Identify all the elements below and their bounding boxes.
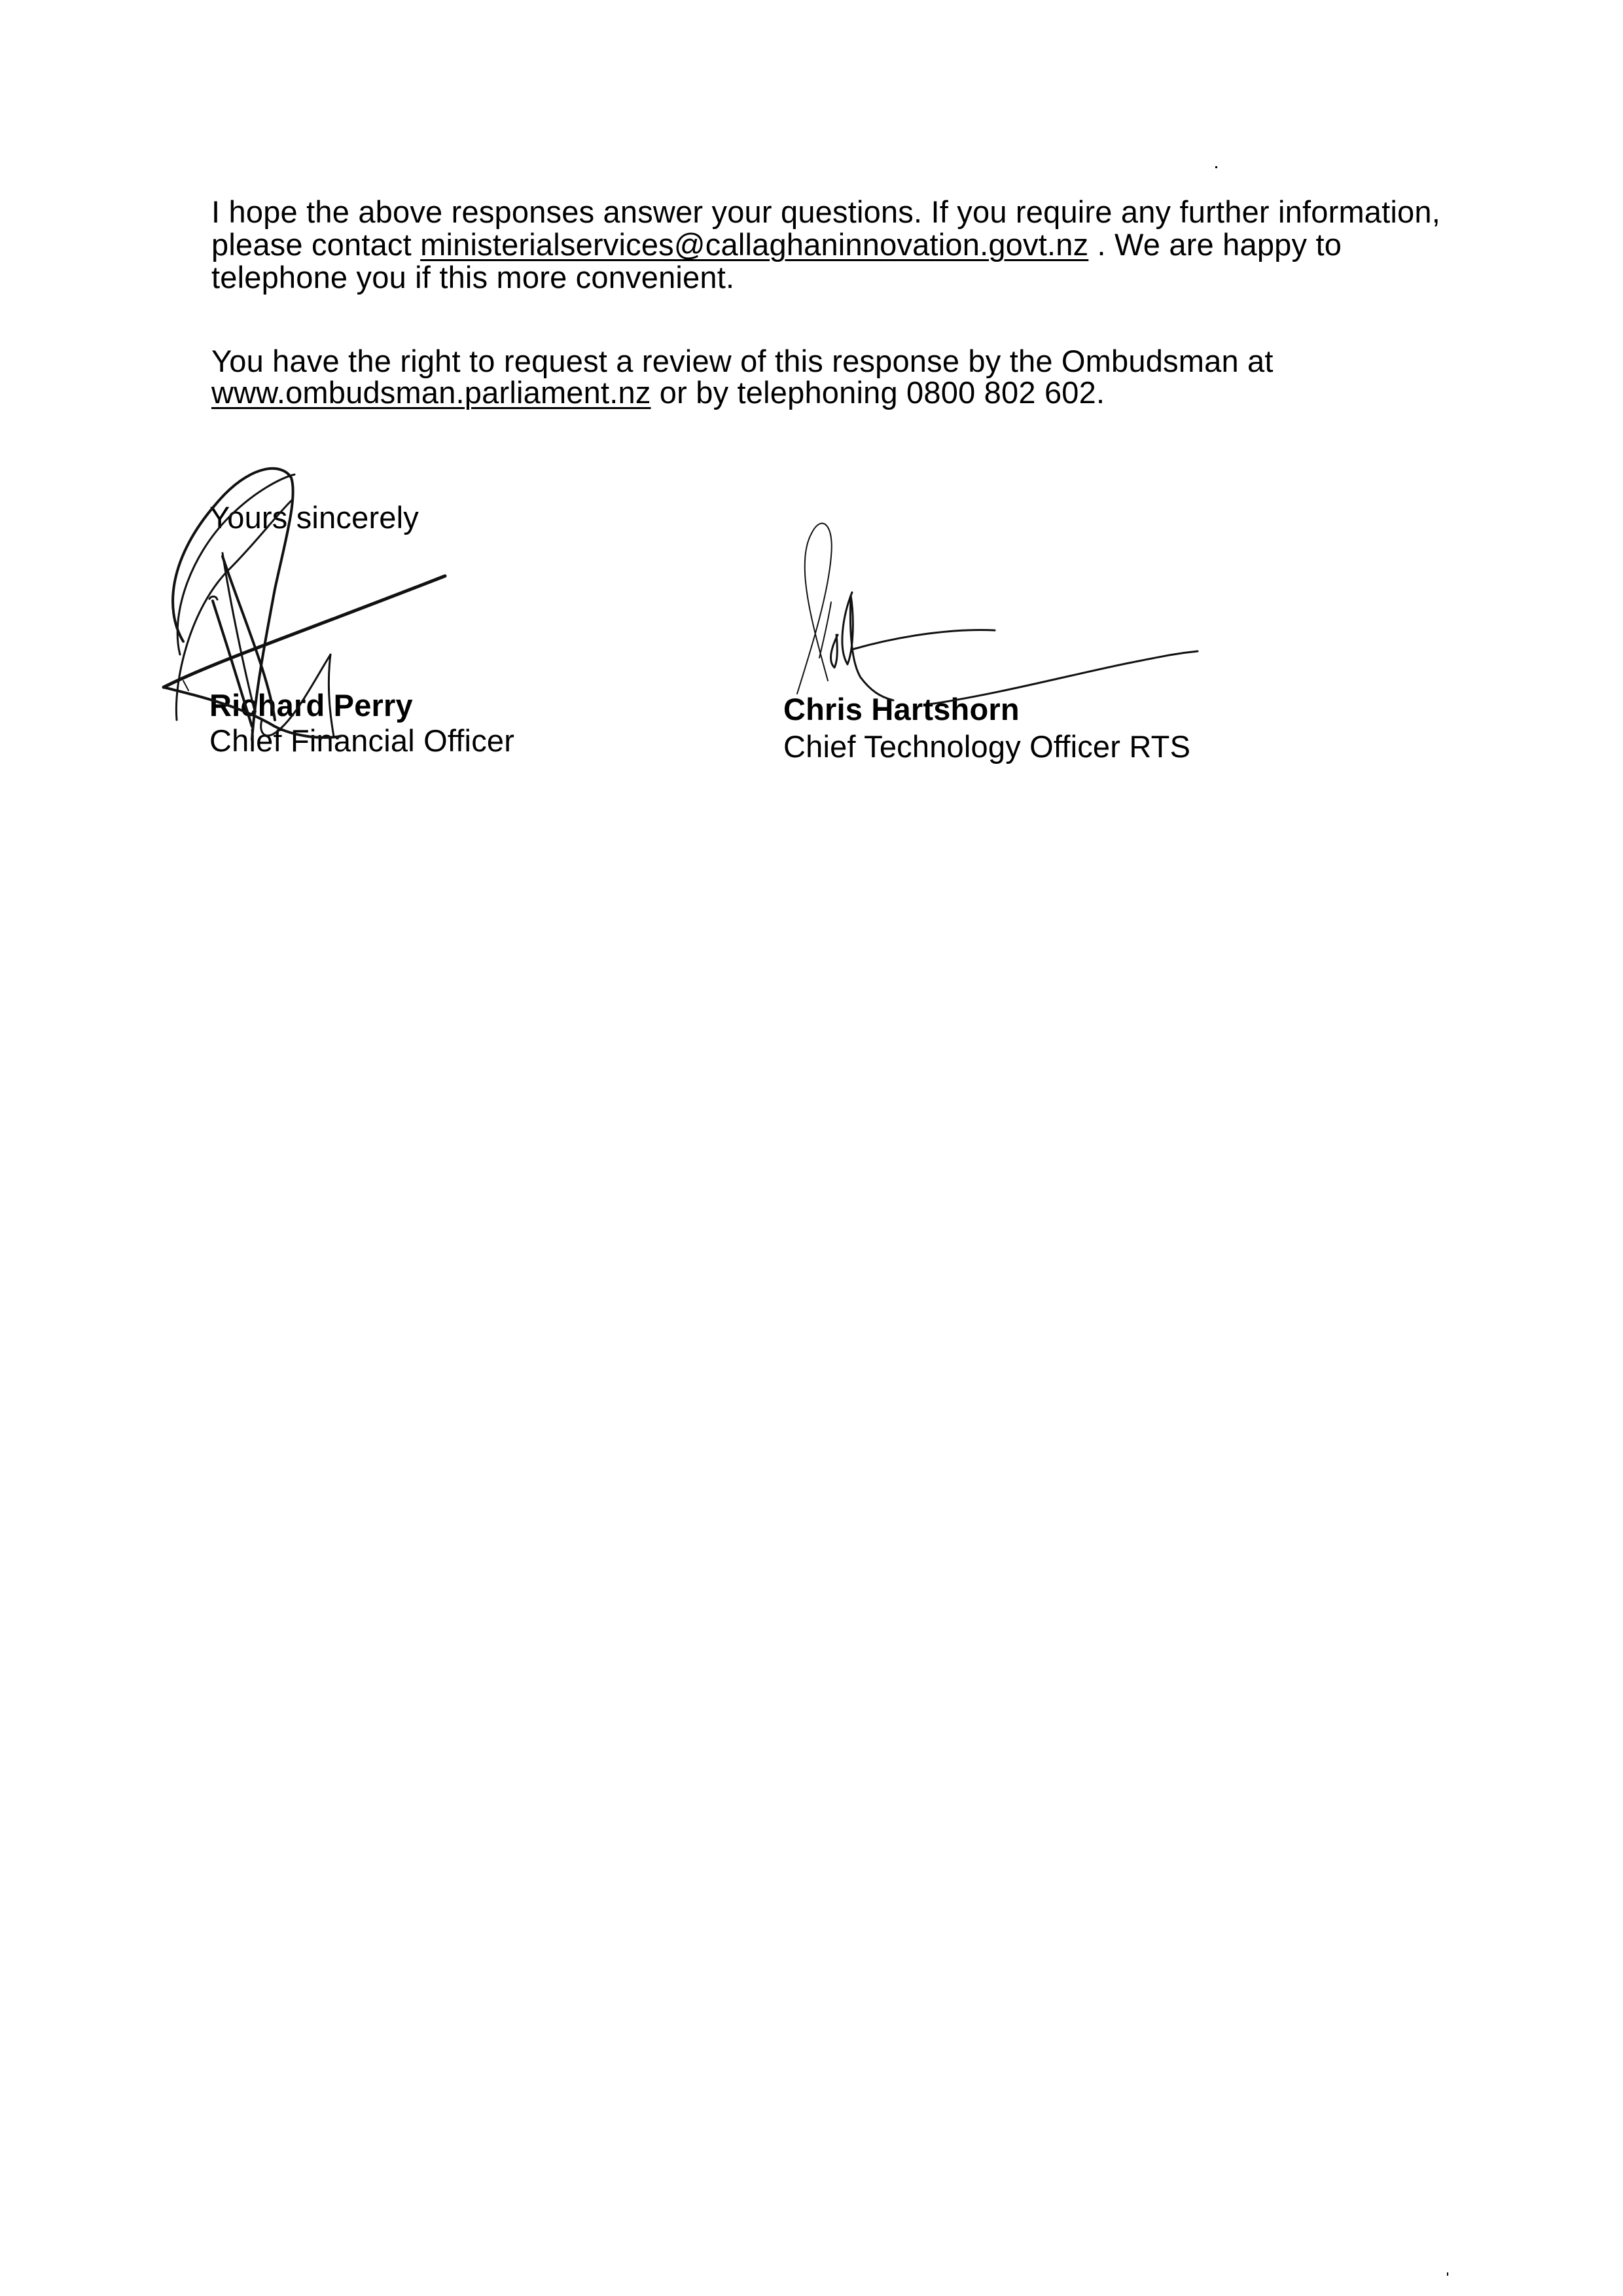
signatory-2-name: Chris Hartshorn bbox=[783, 694, 1020, 725]
email-link[interactable]: ministerialservices@callaghaninnovation.… bbox=[420, 227, 1088, 262]
paragraph-2-line-1: You have the right to request a review o… bbox=[211, 346, 1274, 376]
paragraph-1-line-1: I hope the above responses answer your q… bbox=[211, 196, 1440, 227]
paragraph-1-line-3: telephone you if this more convenient. bbox=[211, 262, 734, 293]
signatory-1-name: Richard Perry bbox=[209, 690, 413, 721]
signatory-1-title: Chief Financial Officer bbox=[209, 725, 514, 756]
closing-salutation: Yours sincerely bbox=[209, 502, 419, 533]
paragraph-2-line-2: www.ombudsman.parliament.nz or by teleph… bbox=[211, 377, 1105, 408]
scan-speck bbox=[1215, 166, 1217, 168]
paragraph-1-line-2: please contact ministerialservices@calla… bbox=[211, 229, 1342, 260]
scan-speck bbox=[1447, 2272, 1448, 2276]
signatory-2-title: Chief Technology Officer RTS bbox=[783, 731, 1190, 762]
contact-suffix-text: . We are happy to bbox=[1088, 227, 1342, 262]
ombudsman-link[interactable]: www.ombudsman.parliament.nz bbox=[211, 375, 651, 410]
contact-prefix-text: please contact bbox=[211, 227, 420, 262]
ombudsman-phone-text: or by telephoning 0800 802 602. bbox=[651, 375, 1105, 410]
